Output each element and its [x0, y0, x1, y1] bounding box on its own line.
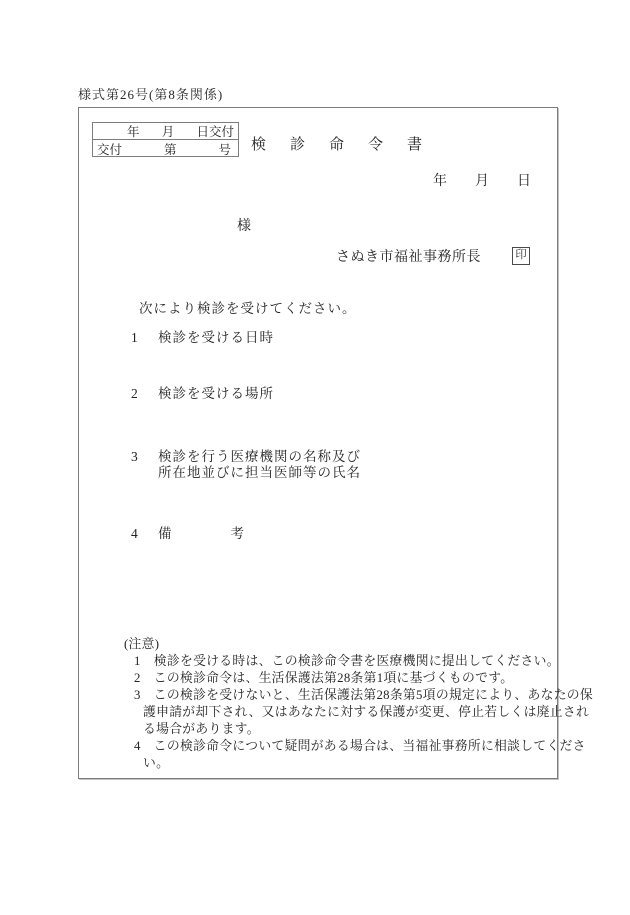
item-1: 1 検診を受ける日時 — [131, 330, 274, 346]
item-4: 4 備 考 — [131, 526, 245, 542]
note-line-4-cont: い。 — [143, 755, 593, 772]
document-title: 検診命令書 — [251, 133, 446, 154]
item-3: 3 検診を行う医療機関の名称及び所在地並びに担当医師等の氏名 — [131, 449, 361, 481]
note-line-4: 4 この検診命令について疑問がある場合は、当福祉事務所に相談してくださ — [134, 738, 593, 755]
issue-go-label: 号 — [218, 140, 231, 158]
item-4-label: 備 考 — [158, 526, 245, 542]
item-3-number: 3 — [131, 449, 158, 481]
issue-month-label: 月 — [162, 122, 175, 140]
issue-table-row-number: 交付 第 号 — [93, 140, 238, 157]
issue-dai-label: 第 — [164, 140, 177, 158]
notes-heading: (注意) — [124, 636, 593, 653]
note-line-2: 2 この検診命令は、生活保護法第28条第1項に基づくものです。 — [134, 670, 593, 687]
note-line-3: 3 この検診を受けないと、生活保護法第28条第5項の規定により、あなたの保 — [134, 687, 593, 704]
document-page: 様式第26号(第8条関係) 年 月 日交付 交付 第 号 検診命令書 年 月 日… — [0, 0, 630, 915]
item-1-number: 1 — [131, 330, 158, 346]
item-3-line-2: 所在地並びに担当医師等の氏名 — [158, 465, 361, 480]
issue-table-row-date: 年 月 日交付 — [93, 123, 238, 140]
item-2: 2 検診を受ける場所 — [131, 386, 274, 402]
form-number-label: 様式第26号(第8条関係) — [78, 84, 223, 103]
item-4-number: 4 — [131, 526, 158, 542]
issue-number-table: 年 月 日交付 交付 第 号 — [92, 122, 239, 157]
document-border-box: 年 月 日交付 交付 第 号 検診命令書 年 月 日 様 さぬき市福祉事務所長 … — [78, 107, 558, 779]
item-1-label: 検診を受ける日時 — [158, 330, 274, 346]
director-row: さぬき市福祉事務所長 印 — [79, 246, 557, 266]
seal-mark: 印 — [512, 247, 530, 265]
issue-kofu-label: 交付 — [97, 140, 122, 158]
issue-day-label: 日交付 — [196, 122, 234, 140]
date-line: 年 月 日 — [433, 170, 531, 190]
item-2-number: 2 — [131, 386, 158, 402]
note-line-1: 1 検診を受ける時は、この検診命令書を医療機関に提出してください。 — [134, 653, 593, 670]
note-line-3-cont-2: る場合があります。 — [143, 721, 593, 738]
director-title: さぬき市福祉事務所長 — [336, 246, 481, 266]
notes-section: (注意) 1 検診を受ける時は、この検診命令書を医療機関に提出してください。 2… — [124, 636, 593, 772]
instruction-line: 次により検診を受けてください。 — [139, 297, 357, 317]
addressee-sama-label: 様 — [237, 215, 251, 235]
item-3-label: 検診を行う医療機関の名称及び所在地並びに担当医師等の氏名 — [158, 449, 361, 481]
seal-character: 印 — [515, 250, 527, 262]
note-line-3-cont-1: 護申請が却下され、又はあなたに対する保護が変更、停止若しくは廃止され — [143, 704, 593, 721]
item-2-label: 検診を受ける場所 — [158, 386, 274, 402]
issue-year-label: 年 — [127, 122, 140, 140]
item-3-line-1: 検診を行う医療機関の名称及び — [158, 449, 361, 464]
